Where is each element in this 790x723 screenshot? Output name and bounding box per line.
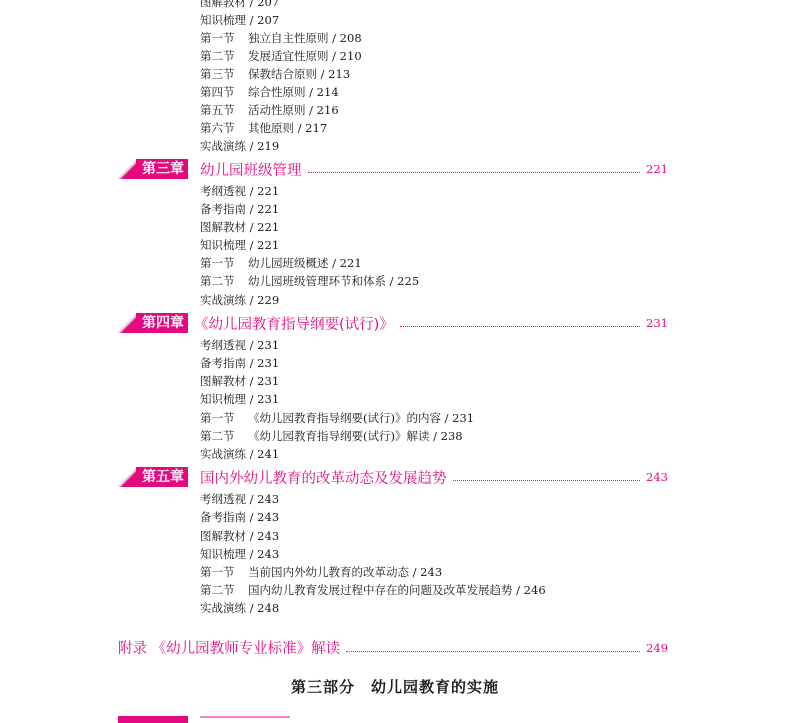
entry-label: 考纲透视 / 231 [200, 338, 279, 352]
page-curl-icon [118, 313, 136, 333]
toc-entry[interactable]: 第一节独立自主性原则 / 208 [200, 29, 362, 47]
chapter-title-cut-off [200, 716, 290, 723]
toc-entry[interactable]: 第二节幼儿园班级管理环节和体系 / 225 [200, 272, 419, 290]
entry-label: 保教结合原则 / 213 [248, 67, 350, 81]
entry-label: 图解教材 / 207 [200, 0, 279, 9]
section-number: 第六节 [200, 119, 248, 137]
dot-leader [346, 650, 640, 652]
toc-entry[interactable]: 备考指南 / 243 [200, 508, 279, 526]
entry-label: 幼儿园班级管理环节和体系 / 225 [248, 274, 419, 288]
toc-entry[interactable]: 实战演练 / 248 [200, 599, 279, 617]
entry-label: 实战演练 / 229 [200, 293, 279, 307]
section-number: 第一节 [200, 254, 248, 272]
section-number: 第一节 [200, 563, 248, 581]
toc-entry[interactable]: 第一节幼儿园班级概述 / 221 [200, 254, 362, 272]
entry-label: 实战演练 / 248 [200, 601, 279, 615]
section-number: 第一节 [200, 409, 248, 427]
entry-label: 综合性原则 / 214 [248, 85, 339, 99]
entry-label: 知识梳理 / 243 [200, 547, 279, 561]
section-number: 第三节 [200, 65, 248, 83]
chapter-badge: 第四章 [118, 313, 188, 333]
entry-label: 备考指南 / 243 [200, 510, 279, 524]
entry-label: 《幼儿园教育指导纲要(试行)》的内容 / 231 [248, 411, 474, 425]
appendix-heading[interactable]: 附录 《幼儿园教师专业标准》解读 249 [118, 637, 668, 658]
toc-entry[interactable]: 第二节国内幼儿教育发展过程中存在的问题及改革发展趋势 / 246 [200, 581, 546, 599]
toc-entry[interactable]: 第六节其他原则 / 217 [200, 119, 327, 137]
dot-leader [400, 325, 640, 327]
entry-label: 当前国内外幼儿教育的改革动态 / 243 [248, 565, 442, 579]
entry-label: 发展适宜性原则 / 210 [248, 49, 362, 63]
chapter-title: 国内外幼儿教育的改革动态及发展趋势 [200, 467, 447, 488]
entry-label: 备考指南 / 221 [200, 202, 279, 216]
toc-entry[interactable]: 图解教材 / 221 [200, 218, 279, 236]
toc-entry[interactable]: 知识梳理 / 207 [200, 11, 279, 29]
toc-entry[interactable]: 图解教材 / 207 [200, 0, 279, 11]
entry-label: 活动性原则 / 216 [248, 103, 339, 117]
chapter-title: 《幼儿园教育指导纲要(试行)》 [194, 313, 394, 334]
toc-entry[interactable]: 实战演练 / 219 [200, 137, 279, 155]
toc-entry[interactable]: 考纲透视 / 231 [200, 336, 279, 354]
toc-entry[interactable]: 第五节活动性原则 / 216 [200, 101, 339, 119]
entry-label: 幼儿园班级概述 / 221 [248, 256, 362, 270]
entry-label: 图解教材 / 221 [200, 220, 279, 234]
toc-entry[interactable]: 图解教材 / 243 [200, 527, 279, 545]
section-number: 第五节 [200, 101, 248, 119]
dot-leader [308, 171, 641, 173]
entry-label: 图解教材 / 231 [200, 374, 279, 388]
entry-label: 国内幼儿教育发展过程中存在的问题及改革发展趋势 / 246 [248, 583, 546, 597]
toc-entry[interactable]: 备考指南 / 231 [200, 354, 279, 372]
chapter-badge: 第三章 [118, 159, 188, 179]
section-number: 第二节 [200, 47, 248, 65]
toc-entry[interactable]: 第二节《幼儿园教育指导纲要(试行)》解读 / 238 [200, 427, 463, 445]
toc-entry[interactable]: 实战演练 / 241 [200, 445, 279, 463]
toc-entry[interactable]: 知识梳理 / 221 [200, 236, 279, 254]
section-number: 第一节 [200, 29, 248, 47]
toc-entry[interactable]: 知识梳理 / 243 [200, 545, 279, 563]
toc-entry[interactable]: 知识梳理 / 231 [200, 390, 279, 408]
entry-label: 考纲透视 / 243 [200, 492, 279, 506]
dot-leader [453, 479, 641, 481]
part-title: 第三部分 幼儿园教育的实施 [0, 676, 790, 697]
entry-label: 其他原则 / 217 [248, 121, 327, 135]
page-number: 243 [646, 470, 668, 484]
page-curl-icon [118, 159, 136, 179]
section-number: 第二节 [200, 272, 248, 290]
toc-entry[interactable]: 第三节保教结合原则 / 213 [200, 65, 350, 83]
page-number: 231 [646, 316, 668, 330]
entry-label: 备考指南 / 231 [200, 356, 279, 370]
entry-label: 《幼儿园教育指导纲要(试行)》解读 / 238 [248, 429, 463, 443]
page-number: 221 [646, 162, 668, 176]
toc-entry[interactable]: 图解教材 / 231 [200, 372, 279, 390]
chapter-badge: 第五章 [118, 467, 188, 487]
toc-entry[interactable]: 第一节《幼儿园教育指导纲要(试行)》的内容 / 231 [200, 409, 474, 427]
entry-label: 知识梳理 / 221 [200, 238, 279, 252]
entry-label: 考纲透视 / 221 [200, 184, 279, 198]
toc-entry[interactable]: 备考指南 / 221 [200, 200, 279, 218]
toc-entry[interactable]: 第二节发展适宜性原则 / 210 [200, 47, 362, 65]
toc-entry[interactable]: 第四节综合性原则 / 214 [200, 83, 339, 101]
entry-label: 图解教材 / 243 [200, 529, 279, 543]
section-number: 第四节 [200, 83, 248, 101]
toc-entry[interactable]: 实战演练 / 229 [200, 291, 279, 309]
entry-label: 知识梳理 / 207 [200, 13, 279, 27]
entry-label: 实战演练 / 241 [200, 447, 279, 461]
chapter-badge-cut-off [118, 716, 188, 723]
appendix-title: 附录 《幼儿园教师专业标准》解读 [118, 637, 340, 658]
page-number: 249 [646, 641, 668, 655]
entry-label: 实战演练 / 219 [200, 139, 279, 153]
entry-label: 知识梳理 / 231 [200, 392, 279, 406]
page-curl-icon [118, 467, 136, 487]
chapter-heading-3[interactable]: 第三章 幼儿园班级管理 221 [118, 159, 668, 179]
section-number: 第二节 [200, 427, 248, 445]
chapter-heading-4[interactable]: 第四章 《幼儿园教育指导纲要(试行)》 231 [118, 313, 668, 333]
toc-entry[interactable]: 第一节当前国内外幼儿教育的改革动态 / 243 [200, 563, 442, 581]
section-number: 第二节 [200, 581, 248, 599]
toc-entry[interactable]: 考纲透视 / 243 [200, 490, 279, 508]
toc-entry[interactable]: 考纲透视 / 221 [200, 182, 279, 200]
chapter-heading-5[interactable]: 第五章 国内外幼儿教育的改革动态及发展趋势 243 [118, 467, 668, 487]
entry-label: 独立自主性原则 / 208 [248, 31, 362, 45]
chapter-title: 幼儿园班级管理 [200, 159, 302, 180]
